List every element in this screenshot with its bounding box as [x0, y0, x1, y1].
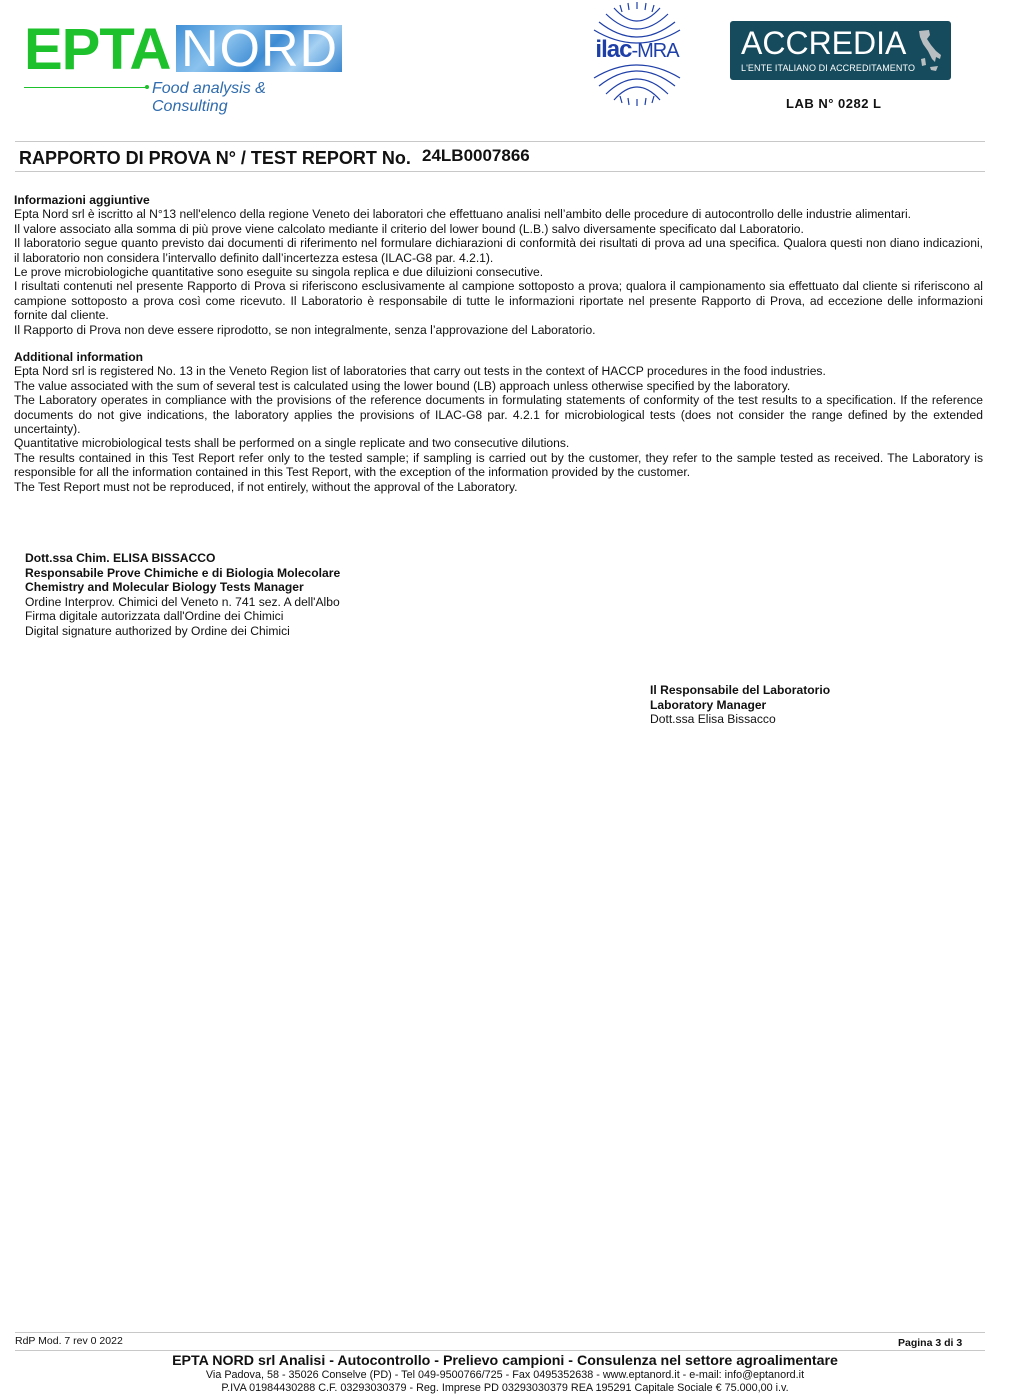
paragraph: Epta Nord srl is registered No. 13 in th…	[14, 364, 983, 378]
page-indicator: Pagina 3 di 3	[898, 1337, 962, 1349]
logo-tagline: Food analysis & Consulting	[152, 80, 342, 116]
english-info-section: Additional information Epta Nord srl is …	[14, 350, 983, 494]
manager-role-it: Il Responsabile del Laboratorio	[650, 683, 830, 698]
signer-registry: Ordine Interprov. Chimici del Veneto n. …	[25, 595, 340, 610]
accredia-title: ACCREDIA	[741, 25, 906, 62]
lab-number: LAB N° 0282 L	[786, 96, 882, 111]
tagline-line	[24, 87, 146, 88]
report-title: RAPPORTO DI PROVA N° / TEST REPORT No.	[19, 148, 411, 169]
paragraph: I risultati contenuti nel presente Rappo…	[14, 279, 983, 322]
epta-nord-logo: EPTA NORD Food analysis & Consulting	[24, 22, 342, 100]
paragraph: The value associated with the sum of sev…	[14, 379, 983, 393]
logo-nord-text: NORD	[181, 24, 338, 74]
divider-title-bottom	[15, 171, 985, 172]
italy-map-icon	[917, 29, 943, 73]
divider-top	[15, 141, 985, 142]
footer-company: EPTA NORD srl Analisi - Autocontrollo - …	[0, 1353, 1010, 1369]
form-code: RdP Mod. 7 rev 0 2022	[15, 1335, 123, 1347]
paragraph: Il laboratorio segue quanto previsto dai…	[14, 236, 983, 265]
divider-footer-bottom	[15, 1350, 985, 1351]
paragraph: The Test Report must not be reproduced, …	[14, 480, 983, 494]
logo-epta-text: EPTA	[24, 24, 170, 76]
footer-registration: P.IVA 01984430288 C.F. 03293030379 - Reg…	[0, 1382, 1010, 1394]
ilac-mra-text: ilac-MRA	[584, 36, 690, 64]
signature-block-right: Il Responsabile del Laboratorio Laborato…	[650, 683, 830, 727]
section-heading: Informazioni aggiuntive	[14, 193, 983, 207]
signer-name: Dott.ssa Chim. ELISA BISSACCO	[25, 551, 340, 566]
signature-note-en: Digital signature authorized by Ordine d…	[25, 624, 340, 639]
tagline-dot	[145, 85, 149, 89]
paragraph: Il Rapporto di Prova non deve essere rip…	[14, 323, 983, 337]
paragraph: Epta Nord srl è iscritto al N°13 nell'el…	[14, 207, 983, 221]
accredia-subtitle: L'ENTE ITALIANO DI ACCREDITAMENTO	[741, 63, 915, 73]
paragraph: The results contained in this Test Repor…	[14, 451, 983, 480]
ilac-mra-logo: ilac-MRA	[584, 0, 690, 108]
ilac-suffix: -MRA	[631, 40, 678, 62]
signer-role-en: Chemistry and Molecular Biology Tests Ma…	[25, 580, 340, 595]
section-heading: Additional information	[14, 350, 983, 364]
manager-role-en: Laboratory Manager	[650, 698, 830, 713]
signature-block-left: Dott.ssa Chim. ELISA BISSACCO Responsabi…	[25, 551, 340, 638]
footer-address: Via Padova, 58 - 35026 Conselve (PD) - T…	[0, 1369, 1010, 1381]
report-number: 24LB0007866	[422, 146, 530, 166]
paragraph: Il valore associato alla somma di più pr…	[14, 222, 983, 236]
paragraph: Quantitative microbiological tests shall…	[14, 436, 983, 450]
accredia-logo: ACCREDIA L'ENTE ITALIANO DI ACCREDITAMEN…	[730, 21, 951, 80]
paragraph: The Laboratory operates in compliance wi…	[14, 393, 983, 436]
ilac-prefix: ilac	[595, 36, 631, 63]
signer-role-it: Responsabile Prove Chimiche e di Biologi…	[25, 566, 340, 581]
italian-info-section: Informazioni aggiuntive Epta Nord srl è …	[14, 193, 983, 337]
divider-footer-top	[15, 1332, 985, 1333]
paragraph: Le prove microbiologiche quantitative so…	[14, 265, 983, 279]
manager-name: Dott.ssa Elisa Bissacco	[650, 712, 830, 727]
signature-note-it: Firma digitale autorizzata dall'Ordine d…	[25, 609, 340, 624]
